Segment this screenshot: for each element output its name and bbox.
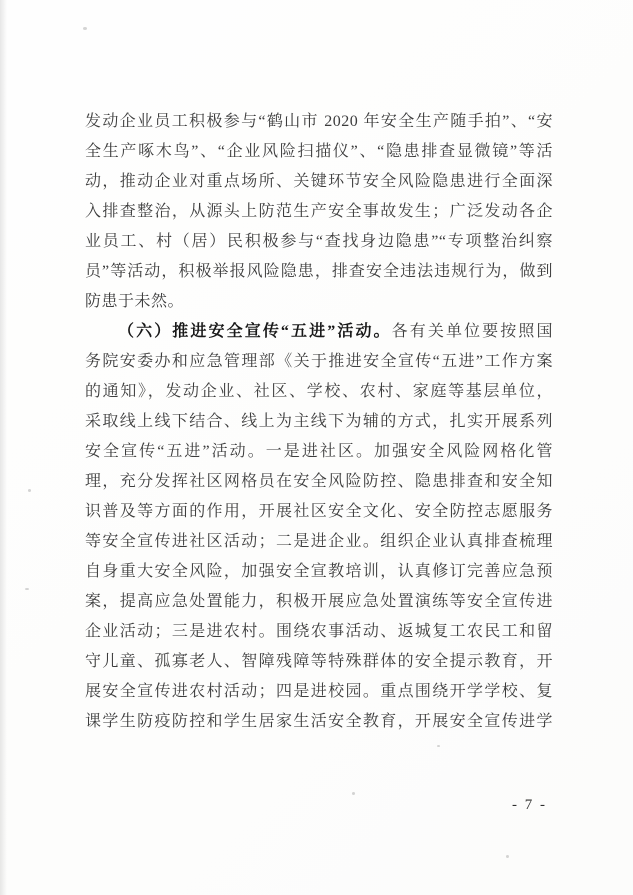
text-run: 理，充分发挥社区网格员在安全风险防控、隐患排查和安全知 [85, 473, 553, 490]
body-text-block: 发动企业员工积极参与“鹤山市 2020 年安全生产随手拍”、“安 全生产啄木鸟”… [85, 107, 553, 737]
text-run: 各有关单位要按照国 [392, 323, 553, 340]
text-run: 发动企业员工积极参与“鹤山市 2020 年安全生产随手拍”、“安 [85, 113, 553, 130]
section-heading-bold-run: （六）推进安全宣传“五进”活动。 [118, 323, 392, 340]
text-run: 员”等活动，积极举报风险隐患，排查安全违法违规行为，做到 [85, 263, 553, 280]
text-line: 展安全宣传进农村活动；四是进校园。重点围绕开学学校、复 [85, 677, 553, 707]
text-run: 自身重大安全风险，加强安全宣教培训，认真修订完善应急预 [85, 563, 553, 580]
text-line: 自身重大安全风险，加强安全宣教培训，认真修订完善应急预 [85, 557, 553, 587]
text-run: 防患于未然。 [85, 293, 184, 310]
scan-speck [352, 792, 355, 795]
scanned-document-page: 发动企业员工积极参与“鹤山市 2020 年安全生产随手拍”、“安 全生产啄木鸟”… [0, 0, 633, 895]
text-line: 防患于未然。 [85, 287, 553, 317]
text-line: 采取线上线下结合、线上为主线下为辅的方式，扎实开展系列 [85, 407, 553, 437]
text-run: 的通知》，发动企业、社区、学校、农村、家庭等基层单位， [85, 383, 553, 400]
text-run: 识普及等方面的作用，开展社区安全文化、安全防控志愿服务 [85, 503, 553, 520]
text-line: 案，提高应急处置能力，积极开展应急处置演练等安全宣传进 [85, 587, 553, 617]
text-line: 企业活动；三是进农村。围绕农事活动、返城复工农民工和留 [85, 617, 553, 647]
text-line: 务院安委办和应急管理部《关于推进安全宣传“五进”工作方案 [85, 347, 553, 377]
scan-speck [506, 855, 509, 858]
text-line: 理，充分发挥社区网格员在安全风险防控、隐患排查和安全知 [85, 467, 553, 497]
text-run: 全生产啄木鸟”、“企业风险扫描仪”、“隐患排查显微镜”等活 [85, 143, 553, 160]
text-line: 员”等活动，积极举报风险隐患，排查安全违法违规行为，做到 [85, 257, 553, 287]
text-line: 动，推动企业对重点场所、关键环节安全风险隐患进行全面深 [85, 167, 553, 197]
text-line: 全生产啄木鸟”、“企业风险扫描仪”、“隐患排查显微镜”等活 [85, 137, 553, 167]
scan-edge-shadow [0, 0, 7, 895]
text-line: 入排查整治，从源头上防范生产安全事故发生；广泛发动各企 [85, 197, 553, 227]
text-run: 等安全宣传进社区活动；二是进企业。组织企业认真排查梳理 [85, 533, 553, 550]
text-run: 课学生防疫防控和学生居家生活安全教育，开展安全宣传进学 [85, 713, 553, 730]
text-run: 业员工、村（居）民积极参与“查找身边隐患”“专项整治纠察 [85, 233, 553, 250]
text-line: 安全宣传“五进”活动。一是进社区。加强安全风险网格化管 [85, 437, 553, 467]
scan-speck [83, 27, 87, 30]
section-heading-line: （六）推进安全宣传“五进”活动。各有关单位要按照国 [85, 317, 553, 347]
text-run: 企业活动；三是进农村。围绕农事活动、返城复工农民工和留 [85, 623, 553, 640]
text-line: 业员工、村（居）民积极参与“查找身边隐患”“专项整治纠察 [85, 227, 553, 257]
text-run: 展安全宣传进农村活动；四是进校园。重点围绕开学学校、复 [85, 683, 553, 700]
scan-speck [25, 588, 29, 590]
scan-speck [437, 745, 440, 747]
text-run: 采取线上线下结合、线上为主线下为辅的方式，扎实开展系列 [85, 413, 553, 430]
scan-speck [28, 489, 31, 492]
text-run: 务院安委办和应急管理部《关于推进安全宣传“五进”工作方案 [85, 353, 553, 370]
text-run: 动，推动企业对重点场所、关键环节安全风险隐患进行全面深 [85, 173, 553, 190]
text-line: 发动企业员工积极参与“鹤山市 2020 年安全生产随手拍”、“安 [85, 107, 553, 137]
text-line: 的通知》，发动企业、社区、学校、农村、家庭等基层单位， [85, 377, 553, 407]
text-line: 课学生防疫防控和学生居家生活安全教育，开展安全宣传进学 [85, 707, 553, 737]
text-line: 识普及等方面的作用，开展社区安全文化、安全防控志愿服务 [85, 497, 553, 527]
text-run: 安全宣传“五进”活动。一是进社区。加强安全风险网格化管 [85, 443, 553, 460]
text-line: 等安全宣传进社区活动；二是进企业。组织企业认真排查梳理 [85, 527, 553, 557]
text-run: 守儿童、孤寡老人、智障残障等特殊群体的安全提示教育，开 [85, 653, 553, 670]
text-run: 入排查整治，从源头上防范生产安全事故发生；广泛发动各企 [85, 203, 553, 220]
text-run: 案，提高应急处置能力，积极开展应急处置演练等安全宣传进 [85, 593, 553, 610]
page-number: - 7 - [512, 797, 547, 814]
text-line: 守儿童、孤寡老人、智障残障等特殊群体的安全提示教育，开 [85, 647, 553, 677]
